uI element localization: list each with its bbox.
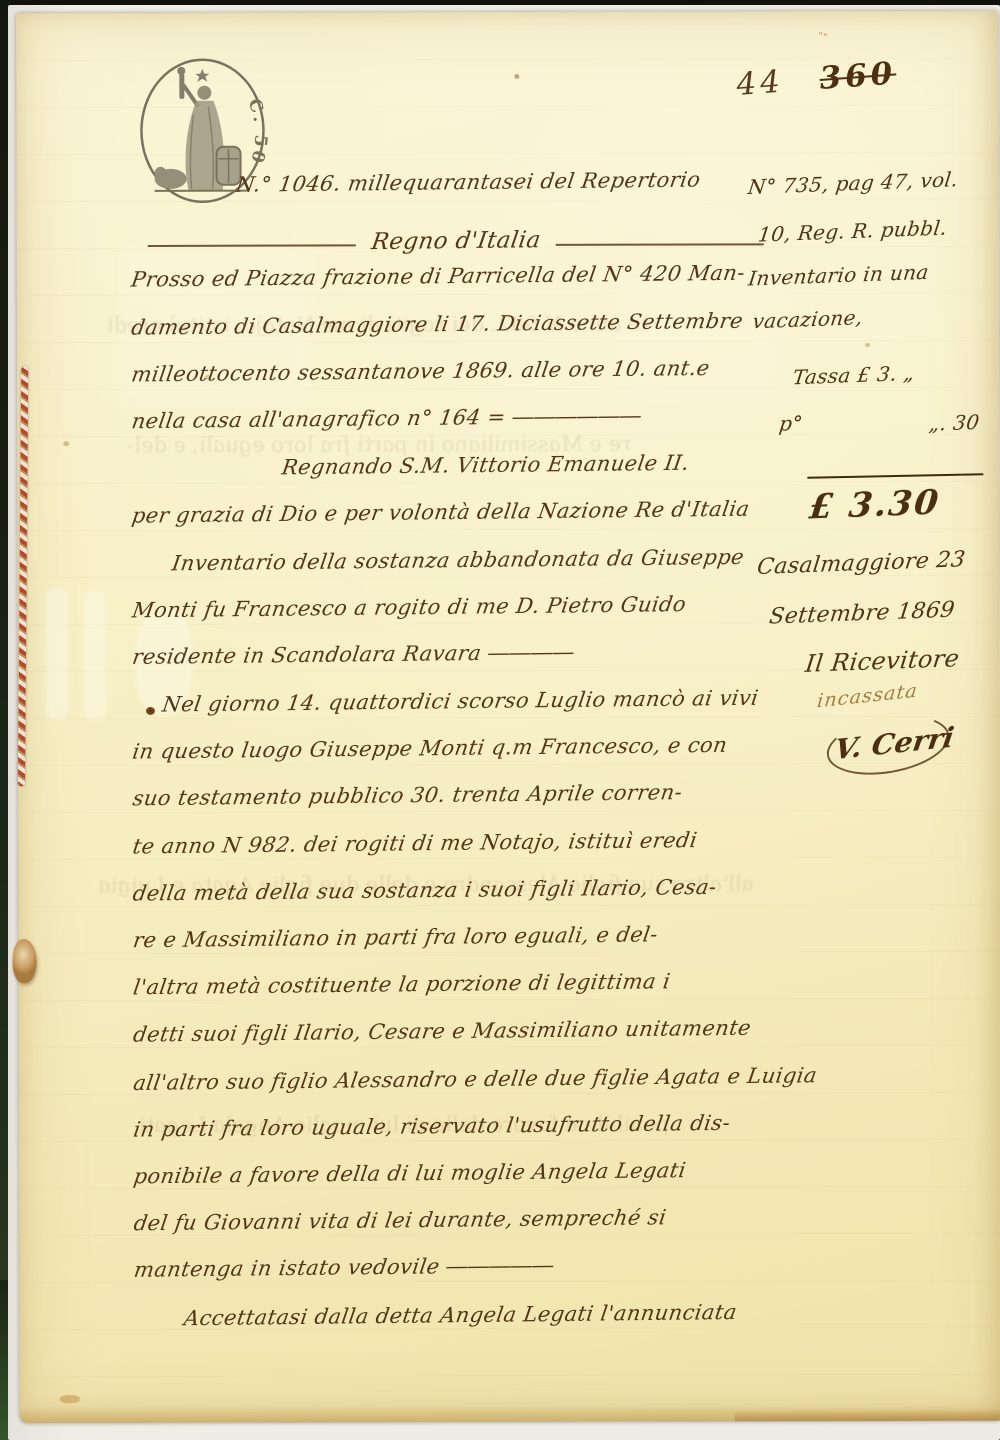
registration-reference: 10, Reg. R. pubbl. <box>759 219 947 243</box>
manuscript-line-text: N.° 1046. millequarantasei del Repertori… <box>235 167 703 196</box>
manuscript-line-text: della metà della sua sostanza i suoi fig… <box>131 875 718 906</box>
stamp-denomination: C. 50 <box>244 96 269 167</box>
manuscript-line: nella casa all'anagrafico n° 164 = ―――――… <box>132 405 780 454</box>
folio-number: 44 360 <box>735 55 897 102</box>
svg-text:C. 50: C. 50 <box>244 96 269 167</box>
foxing-spot <box>865 343 870 347</box>
manuscript-line-text: damento di Casalmaggiore li 17. Diciasse… <box>130 308 745 339</box>
rule-line <box>556 243 764 246</box>
manuscript-line: suo testamento pubblico 30. trenta April… <box>133 783 781 832</box>
foxing-spot <box>514 74 519 79</box>
manuscript-line-text: suo testamento pubblico 30. trenta April… <box>131 781 684 811</box>
manuscript-line-text: in questo luogo Giuseppe Monti q.m Franc… <box>131 733 729 764</box>
red-pencil-mark: ‶‶ <box>815 30 828 47</box>
manuscript-line-text: Nel giorno 14. quattordici scorso Luglio… <box>161 686 760 717</box>
manuscript-line-text: del fu Giovanni vita di lei durante, sem… <box>132 1205 668 1235</box>
rule-line <box>148 244 356 247</box>
registration-note: vacazione, <box>753 307 862 331</box>
total-rule <box>807 473 983 479</box>
manuscript-line-text: re e Massimiliano in parti fra loro egua… <box>131 922 659 952</box>
manuscript-line: Nel giorno 14. quattordici scorso Luglio… <box>133 688 781 737</box>
manuscript-line-text: Regno d'Italia <box>369 227 542 255</box>
manuscript-line: in questo luogo Giuseppe Monti q.m Franc… <box>133 736 781 785</box>
signer-title: Il Ricevitore <box>806 647 959 675</box>
total-amount: £ 3.30 <box>807 483 942 528</box>
manuscript-line: residente in Scandolara Ravara ―――― <box>133 641 781 690</box>
binding-cord <box>18 366 28 786</box>
surtax-amount: p° „. 30 <box>779 411 979 436</box>
manuscript-line-text: per grazia di Dio e per volontà della Na… <box>130 497 751 528</box>
manuscript-line-text: milleottocento sessantanove 1869. alle o… <box>130 356 711 387</box>
signature: V. Cerri <box>808 709 958 779</box>
foxing-spot <box>63 441 69 446</box>
manuscript-line: detti suoi figli Ilario, Cesare e Massim… <box>134 1019 782 1068</box>
manuscript-line-text: l'altra metà costituente la porzione di … <box>132 969 672 999</box>
manuscript-line-text: Prosso ed Piazza frazione di Parricella … <box>130 261 747 292</box>
collection-note: incassata <box>816 680 919 713</box>
manuscript-line-text: Regnando S.M. Vittorio Emanuele II. <box>280 451 691 480</box>
manuscript-line: della metà della sua sostanza i suoi fig… <box>133 877 781 926</box>
manuscript-line-text: te anno N 982. dei rogiti di me Notajo, … <box>131 828 699 858</box>
manuscript-body: N.° 1046. millequarantasei del Repertori… <box>132 169 783 1350</box>
manuscript-line: damento di Casalmaggiore li 17. Diciasse… <box>132 311 780 360</box>
folio-number-part2: 360 <box>818 55 897 96</box>
manuscript-line: mantenga in istato vedovile ――――― <box>134 1255 782 1304</box>
manuscript-line-text: Accettatasi dalla detta Angela Legati l'… <box>182 1299 738 1329</box>
manuscript-line-text: residente in Scandolara Ravara ―――― <box>131 640 576 669</box>
document-page: C. 50 44 360 ‶‶ te anno N 982. dei rogit… <box>16 11 1000 1424</box>
tax-amount: Tassa £ 3. „ <box>793 363 914 387</box>
manuscript-line-text: all'altro suo figlio Alessandro e delle … <box>132 1063 819 1095</box>
manuscript-line: in parti fra loro uguale, riservato l'us… <box>134 1113 782 1162</box>
date-line: Settembre 1869 <box>770 601 955 626</box>
manuscript-line: te anno N 982. dei rogiti di me Notajo, … <box>133 830 781 879</box>
manuscript-line: N.° 1046. millequarantasei del Repertori… <box>132 169 780 218</box>
watermark <box>46 588 68 720</box>
manuscript-line: Inventario della sostanza abbandonata da… <box>133 547 781 596</box>
manuscript-line: Monti fu Francesco a rogito di me D. Pie… <box>133 594 781 643</box>
wax-residue <box>13 939 37 983</box>
manuscript-line-text: in parti fra loro uguale, riservato l'us… <box>132 1111 732 1142</box>
manuscript-line: all'altro suo figlio Alessandro e delle … <box>134 1066 782 1115</box>
watermark <box>84 591 106 719</box>
manuscript-line: del fu Giovanni vita di lei durante, sem… <box>134 1207 782 1256</box>
manuscript-line: l'altra metà costituente la porzione di … <box>134 971 782 1020</box>
surtax-value: „. 30 <box>928 410 981 436</box>
registration-note: Inventario in una <box>749 263 929 287</box>
registration-reference: N° 735, pag 47, vol. <box>749 171 958 196</box>
manuscript-line: Prosso ed Piazza frazione di Parricella … <box>132 264 780 313</box>
manuscript-line-text: detti suoi figli Ilario, Cesare e Massim… <box>132 1016 753 1047</box>
folio-number-part1: 44 <box>735 64 785 103</box>
manuscript-line-text: nella casa all'anagrafico n° 164 = ―――――… <box>130 403 643 433</box>
foxing-spot <box>60 1395 80 1403</box>
manuscript-line: Accettatasi dalla detta Angela Legati l'… <box>135 1302 783 1351</box>
manuscript-line: re e Massimiliano in parti fra loro egua… <box>134 924 782 973</box>
manuscript-line-text: Monti fu Francesco a rogito di me D. Pie… <box>131 592 688 622</box>
manuscript-line-text: Inventario della sostanza abbandonata da… <box>170 544 745 574</box>
manuscript-line-text: mantenga in istato vedovile ――――― <box>132 1253 555 1282</box>
manuscript-line: per grazia di Dio e per volontà della Na… <box>132 500 780 549</box>
manuscript-line-text: ponibile a favore della di lui moglie An… <box>132 1158 688 1188</box>
surtax-label: p° <box>778 411 804 436</box>
manuscript-line: Regno d'Italia <box>132 216 780 265</box>
manuscript-line: ponibile a favore della di lui moglie An… <box>134 1160 782 1209</box>
place-line: Casalmaggiore 23 <box>758 551 965 577</box>
page-deckle-edge <box>20 1405 1000 1424</box>
manuscript-line: milleottocento sessantanove 1869. alle o… <box>132 358 780 407</box>
manuscript-line: Regnando S.M. Vittorio Emanuele II. <box>132 452 780 501</box>
